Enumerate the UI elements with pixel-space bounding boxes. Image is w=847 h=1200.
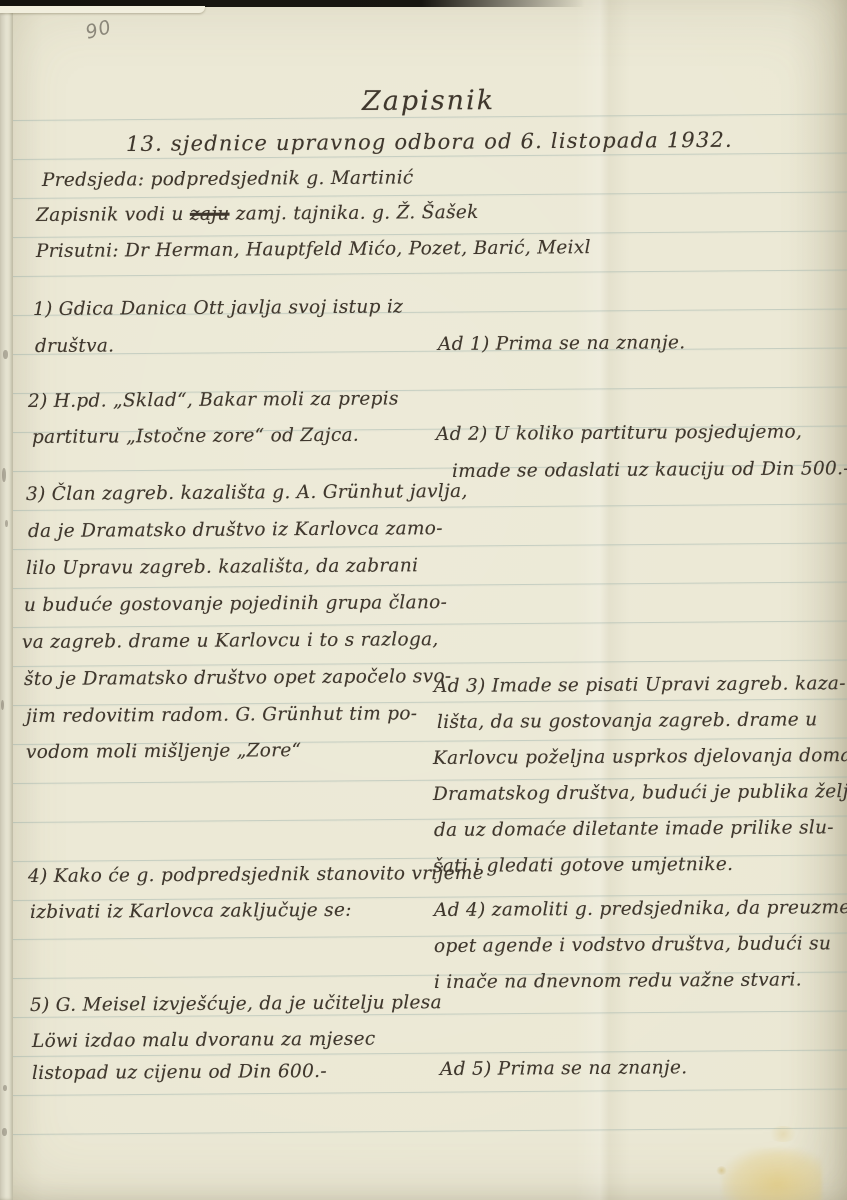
item-3-response-line: Karlovcu poželjna usprkos djelovanja dom… [433,742,847,773]
page-crease [575,0,630,1200]
item-1-entry-line: društva. [35,332,114,361]
minutes-subtitle: 13. sjednice upravnog odbora od 6. listo… [126,126,733,158]
chair-line: Predsjeda: podpredsjednik g. Martinić [42,164,414,195]
item-5-entry-line: 5) G. Meisel izvješćuje, da je učitelju … [30,989,442,1020]
item-3-entry-line: lilo Upravu zagreb. kazališta, da zabran… [26,552,418,583]
item-3-response-line: Ad 3) Imade se pisati Upravi zagreb. kaz… [434,670,846,701]
scanned-minutes-photo: 90 Zapisnik 13. sjednice upravnog odbora… [0,0,847,1200]
item-3-response-line: da uz domaće diletante imade prilike slu… [434,814,834,845]
page-edge-mark [3,350,8,359]
item-2-entry-line: 2) H.pd. „Sklad“, Bakar moli za prepis [28,385,399,416]
item-3-entry-line: va zagreb. drame u Karlovcu i to s razlo… [22,626,439,657]
item-3-entry-line: 3) Član zagreb. kazališta g. A. Grünhut … [26,478,468,509]
item-4-entry-line: izbivati iz Karlovca zaključuje se: [30,897,352,927]
page-edge-mark [2,1128,7,1136]
attendees-line: Prisutni: Dr Herman, Hauptfeld Mićo, Poz… [36,234,591,266]
item-3-entry-line: u buduće gostovanje pojedinih grupa član… [24,589,447,620]
item-3-entry-line: vodom moli mišljenje „Zore“ [26,737,302,767]
page-edge-mark [3,1085,7,1091]
page-edge-mark [5,520,8,527]
item-2-response-line: imade se odaslati uz kauciju od Din 500.… [452,455,847,486]
item-4-response-line: i inače na dnevnom redu važne stvari. [434,966,802,997]
page-edge-mark [1,700,4,710]
item-1-response-line: Ad 1) Prima se na znanje. [438,329,686,359]
item-5-response-line: Ad 5) Prima se na znanje. [440,1054,688,1084]
recorder-line-post: zamj. tajnika. g. Ž. Šašek [229,202,478,225]
item-3-entry-line: da je Dramatsko društvo iz Karlovca zamo… [28,515,443,546]
recorder-line-struck-word: zaju [190,204,230,225]
item-1-entry-line: 1) Gdica Danica Ott javlja svoj istup iz [33,293,403,324]
item-4-entry-line: 4) Kako će g. podpredsjednik stanovito v… [28,860,484,891]
item-5-entry-line: Löwi izdao malu dvoranu za mjesec [32,1026,376,1056]
item-3-entry-line: jim redovitim radom. G. Grünhut tim po- [26,700,418,731]
item-5-entry-line: listopad uz cijenu od Din 600.- [32,1058,327,1088]
item-3-entry-line: što je Dramatsko društvo opet započelo s… [24,663,452,694]
recorder-line-pre: Zapisnik vodi u [36,204,190,226]
underlying-page-sliver [0,6,205,13]
item-4-response-line: Ad 4) zamoliti g. predsjednika, da preuz… [434,894,847,925]
minutes-title: Zapisnik [362,87,495,116]
item-4-response-line: opet agende i vodstvo društva, budući su [434,930,831,961]
recorder-line: Zapisnik vodi u zaju zamj. tajnika. g. Ž… [36,199,479,230]
page-edge-mark [2,468,6,482]
item-3-response-line: lišta, da su gostovanja zagreb. drame u [437,706,818,737]
item-2-response-line: Ad 2) U koliko partituru posjedujemo, [436,418,802,449]
item-3-response-line: Dramatskog društva, budući je publika že… [433,778,847,809]
stacked-page-edges [0,0,13,1200]
item-2-entry-line: partituru „Istočne zore“ od Zajca. [32,422,359,452]
